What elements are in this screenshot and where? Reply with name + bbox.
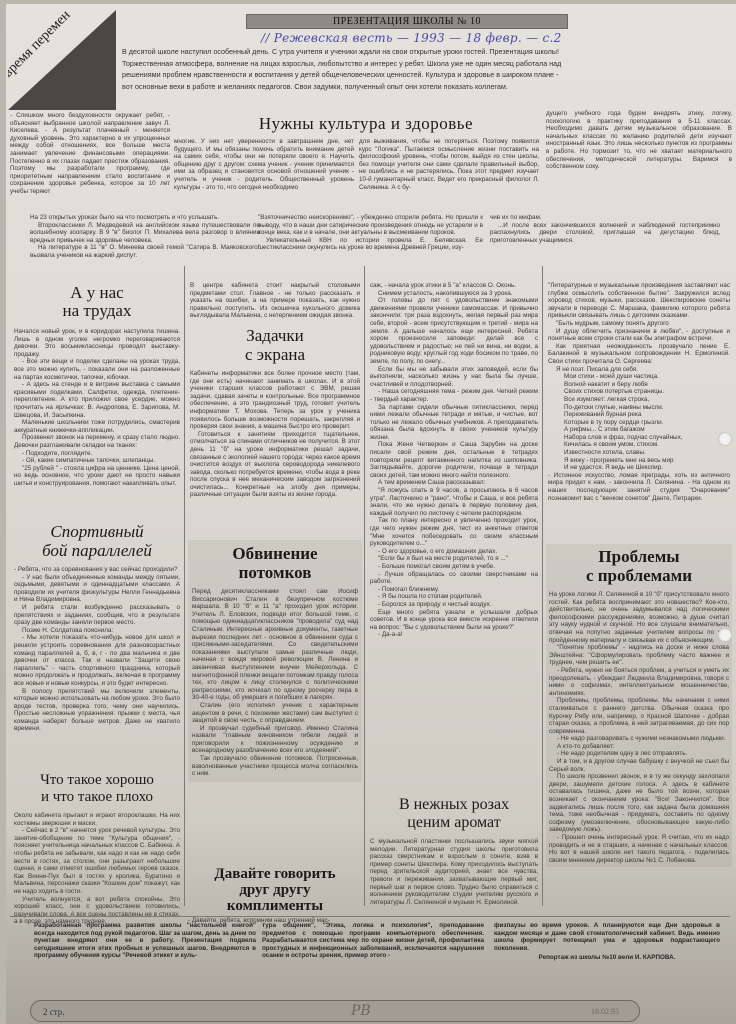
article-roses-continued: "Литературные и музыкальные произведения…	[548, 282, 730, 502]
punch-hole	[718, 432, 732, 446]
page-number: 2 стр.	[43, 1007, 65, 1017]
section-corner-block: время перемен	[8, 10, 116, 110]
article-good-bad: Что такое хорошо и что такое плохо Около…	[14, 772, 180, 926]
column-divider	[364, 266, 365, 906]
closing-col-1: Разработанная программа развития школы "…	[34, 922, 256, 960]
article-labor: А у нас на трудах Начался новый урок, и …	[14, 284, 180, 487]
compliments-title: Давайте говорить друг другу комплименты	[188, 866, 362, 914]
problems-body: На уроке логики Л. Селяниной в 10 "б" пр…	[549, 591, 729, 864]
culture-col-3: для выживания, чтобы не потеряться. Поэт…	[359, 138, 539, 191]
roses-body: С музыкальной пластинки послышались звук…	[370, 838, 538, 906]
culture-col-4: дущего учебного года будем внедрять этик…	[546, 110, 732, 171]
open-lessons-col-2: "Взяточничество неискоренимо", - убежден…	[258, 214, 483, 252]
good-bad-body: Около кабинета прыгают и играют второкла…	[14, 812, 180, 926]
closing-col-3: физпаузы во время уроков. А планируются …	[494, 922, 720, 961]
article-ethics: саж, - начала урок этики в 5 "а" классов…	[370, 282, 538, 639]
byline: Репортаж из школы №10 вели И. КАРПОВА.	[494, 954, 720, 961]
article-roses: В нежных розах ценим аромат С музыкально…	[370, 796, 538, 906]
labor-title: А у нас на трудах	[14, 284, 180, 320]
article-problems: Проблемы с проблемами На уроке логики Л.…	[546, 544, 732, 867]
screen-title: Задачки с экрана	[190, 326, 360, 364]
section-divider	[10, 916, 730, 917]
closing-col-2: тура общения", "Этика, логика и психолог…	[262, 922, 484, 960]
open-lessons-col-1: На 23 открытых уроках было на что посмот…	[30, 214, 260, 260]
handwritten-annotation: // Режевская весть — 1993 — 18 февр. — с…	[261, 31, 562, 45]
page-banner: ПРЕЗЕНТАЦИЯ ШКОЛЫ № 10	[246, 14, 568, 29]
newspaper-page: время перемен ПРЕЗЕНТАЦИЯ ШКОЛЫ № 10 // …	[6, 4, 736, 1024]
poem: Я не поэт. Писала для себя. Мои стихи - …	[548, 366, 730, 472]
punch-hole	[718, 628, 732, 642]
accusation-body: Перед десятиклассниками стоял сам Иосиф …	[192, 588, 358, 778]
roses-title: В нежных розах ценим аромат	[370, 796, 538, 832]
good-bad-title: Что такое хорошо и что такое плохо	[14, 772, 180, 806]
labor-body: Начался новый урок, и в коридорах наступ…	[14, 328, 180, 487]
sport-title: Спортивный бой параллелей	[14, 522, 180, 560]
culture-col-1: - Слишком много бездуховности окружает р…	[10, 112, 170, 196]
newspaper-logo: РВ	[351, 1003, 371, 1019]
article-title-culture: Нужны культура и здоровье	[176, 114, 556, 134]
article-accusation: Обвинение потомков Перед десятиклассника…	[188, 540, 362, 782]
issue-date: 18.02.93	[591, 1007, 619, 1016]
open-lessons-col-3: чив их по мифам. ...И после всех закончи…	[490, 214, 720, 244]
article-sport: Спортивный бой параллелей - Ребята, что …	[14, 522, 180, 733]
problems-title: Проблемы с проблемами	[549, 547, 729, 585]
culture-col-2: многие. У них нет уверенности в завтрашн…	[174, 138, 354, 191]
accusation-title: Обвинение потомков	[192, 544, 358, 582]
article-screen: В центре кабинета стоит накрытый столовы…	[190, 282, 360, 499]
intro-paragraph: В десятой школе наступил особенный день.…	[122, 46, 562, 92]
column-divider	[184, 266, 185, 906]
footer-bar: 2 стр. РВ 18.02.93	[30, 1000, 640, 1022]
sport-body: - Ребята, что за соревнования у вас сейч…	[14, 566, 180, 733]
column-divider	[542, 266, 543, 906]
